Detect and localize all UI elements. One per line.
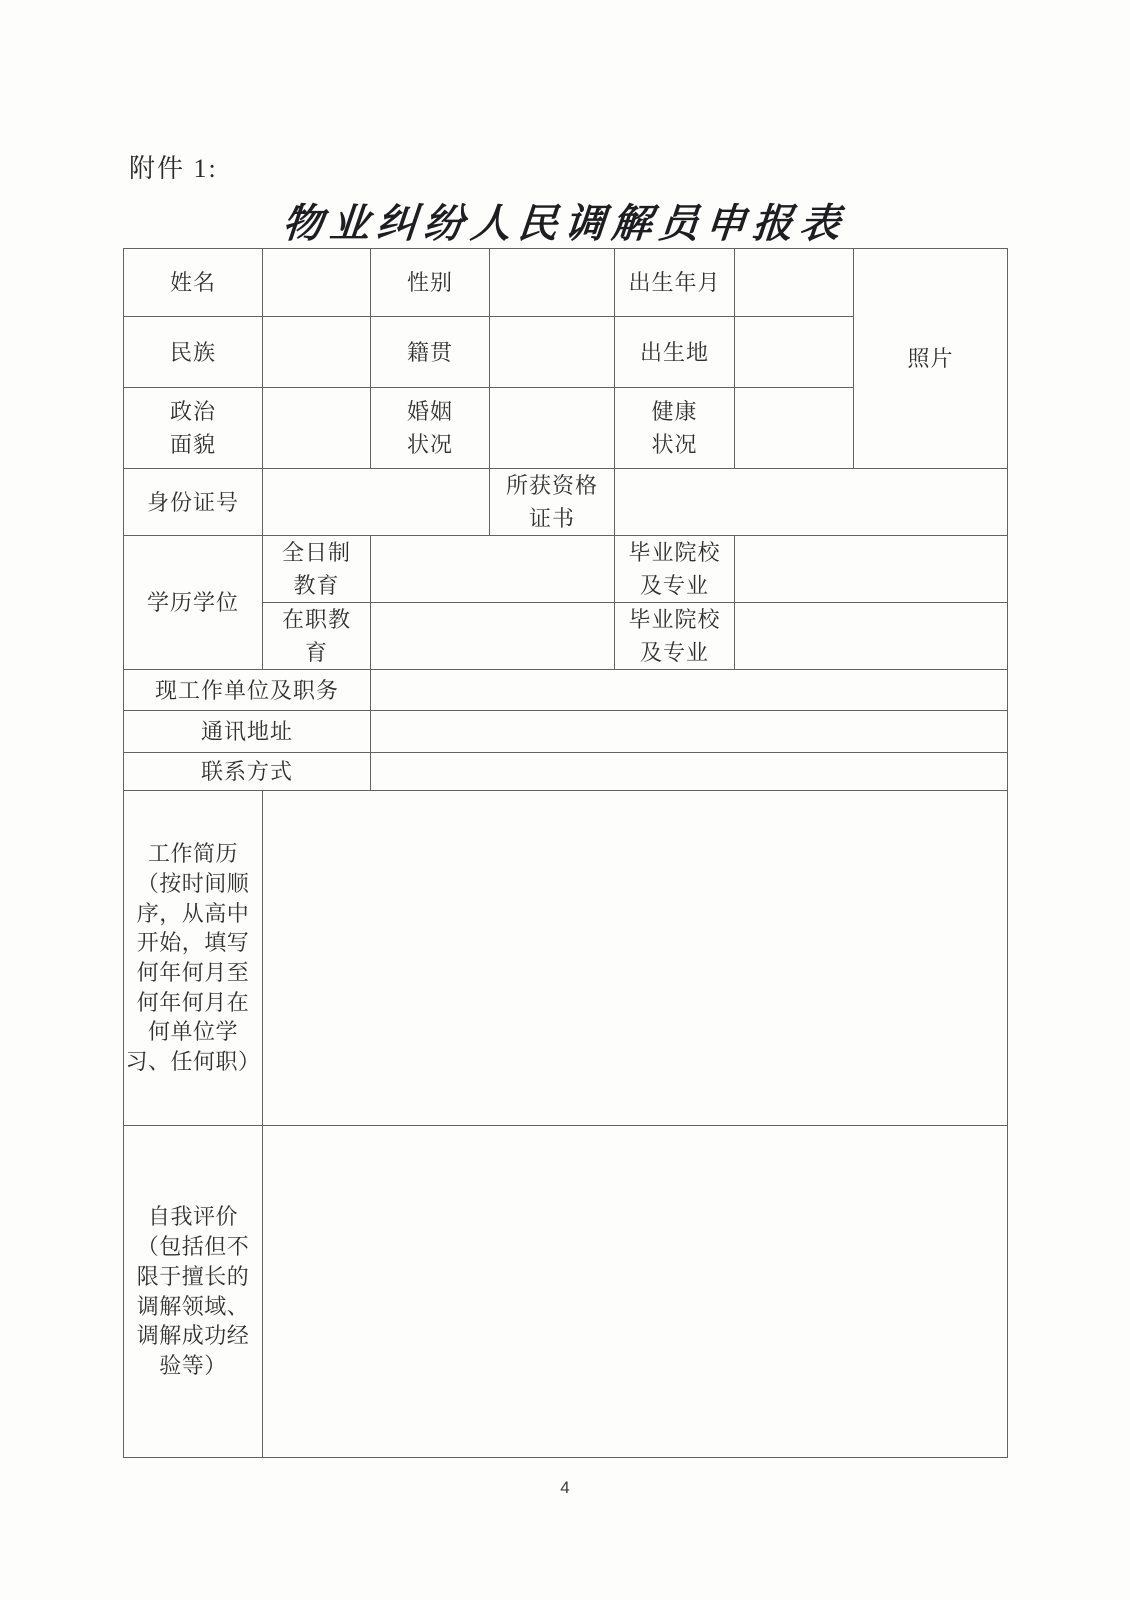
- current-employer-position-label: 现工作单位及职务: [124, 670, 371, 711]
- gender-label: 性别: [371, 249, 490, 317]
- graduate-school-major-fulltime-label: 毕业院校 及专业: [615, 536, 735, 603]
- table-row: 通讯地址: [124, 711, 1008, 753]
- name-value-cell: [263, 249, 371, 317]
- onjob-education-label: 在职教 育: [263, 603, 371, 670]
- birth-date-value-cell: [735, 249, 854, 317]
- self-evaluation-value-cell: [263, 1126, 1008, 1458]
- photo-cell: 照片: [854, 249, 1008, 469]
- table-row: 现工作单位及职务: [124, 670, 1008, 711]
- qualification-certificate-value-cell: [615, 469, 1008, 536]
- ethnicity-label: 民族: [124, 317, 263, 388]
- birth-place-value-cell: [735, 317, 854, 388]
- self-evaluation-label: 自我评价 （包括但不 限于擅长的 调解领域、 调解成功经 验等）: [124, 1126, 263, 1458]
- table-row: 身份证号 所获资格 证书: [124, 469, 1008, 536]
- mailing-address-label: 通讯地址: [124, 711, 371, 753]
- id-number-label: 身份证号: [124, 469, 263, 536]
- table-row: 学历学位 全日制 教育 毕业院校 及专业: [124, 536, 1008, 603]
- work-resume-label: 工作简历 （按时间顺 序，从高中 开始，填写 何年何月至 何年何月在 何单位学 …: [124, 791, 263, 1126]
- id-number-value-cell: [263, 469, 490, 536]
- gender-value-cell: [490, 249, 615, 317]
- contact-info-value-cell: [371, 753, 1008, 791]
- table-row: 工作简历 （按时间顺 序，从高中 开始，填写 何年何月至 何年何月在 何单位学 …: [124, 791, 1008, 1126]
- birth-place-label: 出生地: [615, 317, 735, 388]
- birth-date-label: 出生年月: [615, 249, 735, 317]
- marital-status-label: 婚姻 状况: [371, 388, 490, 469]
- graduate-school-major-onjob-label: 毕业院校 及专业: [615, 603, 735, 670]
- table-row: 联系方式: [124, 753, 1008, 791]
- work-resume-value-cell: [263, 791, 1008, 1126]
- political-status-value-cell: [263, 388, 371, 469]
- form-title: 物业纠纷人民调解员申报表: [0, 192, 1130, 249]
- graduate-school-major-fulltime-value-cell: [735, 536, 1008, 603]
- education-degree-label: 学历学位: [124, 536, 263, 670]
- native-place-value-cell: [490, 317, 615, 388]
- name-label: 姓名: [124, 249, 263, 317]
- mailing-address-value-cell: [371, 711, 1008, 753]
- document-page: 附件 1: 物业纠纷人民调解员申报表 姓名 性别 出生年月 照片 民族 籍贯 出: [0, 0, 1130, 1600]
- qualification-certificate-label: 所获资格 证书: [490, 469, 615, 536]
- contact-info-label: 联系方式: [124, 753, 371, 791]
- health-status-label: 健康 状况: [615, 388, 735, 469]
- fulltime-education-label: 全日制 教育: [263, 536, 371, 603]
- graduate-school-major-onjob-value-cell: [735, 603, 1008, 670]
- native-place-label: 籍贯: [371, 317, 490, 388]
- attachment-label: 附件 1:: [129, 148, 218, 185]
- health-status-value-cell: [735, 388, 854, 469]
- fulltime-education-value-cell: [371, 536, 615, 603]
- onjob-education-value-cell: [371, 603, 615, 670]
- table-row: 姓名 性别 出生年月 照片: [124, 249, 1008, 317]
- page-number: 4: [0, 1478, 1130, 1498]
- application-form-table: 姓名 性别 出生年月 照片 民族 籍贯 出生地 政治 面貌 婚姻 状况 健康 状…: [123, 248, 1008, 1458]
- current-employer-position-value-cell: [371, 670, 1008, 711]
- political-status-label: 政治 面貌: [124, 388, 263, 469]
- ethnicity-value-cell: [263, 317, 371, 388]
- table-row: 自我评价 （包括但不 限于擅长的 调解领域、 调解成功经 验等）: [124, 1126, 1008, 1458]
- marital-status-value-cell: [490, 388, 615, 469]
